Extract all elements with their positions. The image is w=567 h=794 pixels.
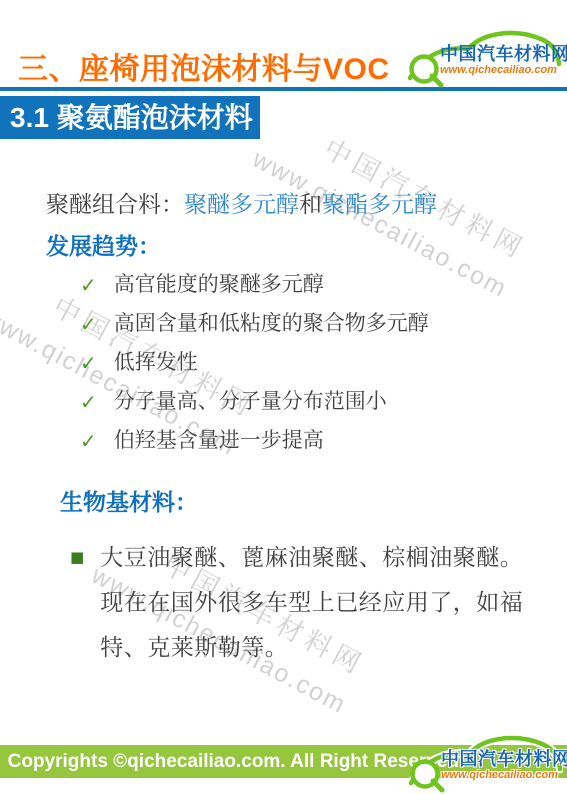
trend-item-label: 低挥发性: [114, 351, 198, 375]
trend-item: ✓ 低挥发性: [80, 351, 429, 375]
bio-paragraph: ■ 大豆油聚醚、蓖麻油聚醚、棕榈油聚醚。现在在国外很多车型上已经应用了，如福特、…: [70, 535, 545, 670]
logo-text: 中国汽车材料网 www.qichecailiao.com: [440, 44, 567, 77]
check-icon: ✓: [80, 312, 97, 336]
logo-text: 中国汽车材料网 www.qichecailiao.com: [441, 749, 567, 782]
bio-text: 大豆油聚醚、蓖麻油聚醚、棕榈油聚醚。现在在国外很多车型上已经应用了，如福特、克莱…: [100, 535, 538, 670]
trends-heading: 发展趋势：: [46, 228, 161, 261]
trend-item: ✓ 分子量高、分子量分布范围小: [80, 390, 429, 414]
bio-heading: 生物基材料：: [60, 484, 198, 517]
square-bullet-icon: ■: [70, 535, 84, 580]
site-logo: 中国汽车材料网 www.qichecailiao.com: [404, 20, 562, 88]
intro-prefix: 聚醚组合料：: [46, 191, 184, 217]
intro-conjunction: 和: [299, 191, 322, 217]
intro-keyword-2: 聚酯多元醇: [322, 191, 437, 217]
logo-name: 中国汽车材料网: [441, 749, 567, 769]
slide-content: 聚醚组合料：聚醚多元醇和聚酯多元醇 发展趋势： ✓ 高官能度的聚醚多元醇 ✓ 高…: [0, 0, 567, 794]
site-logo-footer: 中国汽车材料网 www.qichecailiao.com: [405, 725, 563, 793]
trend-item: ✓ 高固含量和低粘度的聚合物多元醇: [80, 312, 429, 336]
trend-item: ✓ 伯羟基含量进一步提高: [80, 429, 429, 453]
logo-url: www.qichecailiao.com: [441, 769, 567, 782]
trend-item-label: 伯羟基含量进一步提高: [114, 429, 324, 453]
check-icon: ✓: [80, 273, 97, 297]
intro-keyword-1: 聚醚多元醇: [184, 191, 299, 217]
trend-item-label: 高固含量和低粘度的聚合物多元醇: [114, 312, 429, 336]
check-icon: ✓: [80, 429, 97, 453]
logo-url: www.qichecailiao.com: [440, 64, 567, 77]
check-icon: ✓: [80, 351, 97, 375]
intro-line: 聚醚组合料：聚醚多元醇和聚酯多元醇: [46, 186, 437, 219]
trend-item-label: 分子量高、分子量分布范围小: [114, 390, 387, 414]
trends-list: ✓ 高官能度的聚醚多元醇 ✓ 高固含量和低粘度的聚合物多元醇 ✓ 低挥发性 ✓ …: [80, 273, 429, 468]
trend-item-label: 高官能度的聚醚多元醇: [114, 273, 324, 297]
logo-name: 中国汽车材料网: [440, 44, 567, 64]
check-icon: ✓: [80, 390, 97, 414]
trend-item: ✓ 高官能度的聚醚多元醇: [80, 273, 429, 297]
